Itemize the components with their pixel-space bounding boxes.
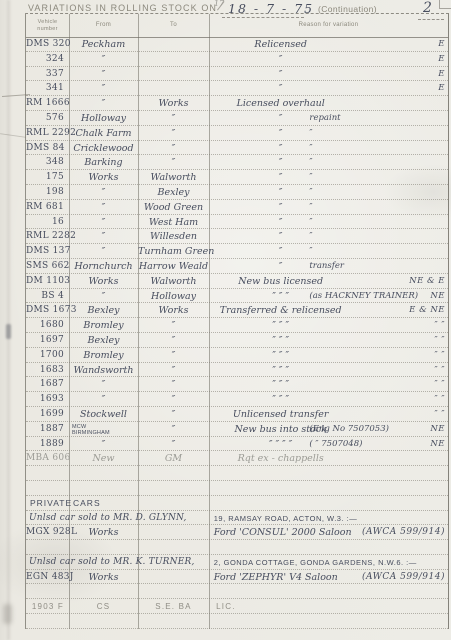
cell-from: Holloway xyxy=(69,111,138,125)
reason-note: ″ xyxy=(309,155,400,169)
table-row: DMS 137″Turnham Green″″ xyxy=(26,244,448,259)
reason-note: ″ xyxy=(309,215,400,229)
table-row: 324″″E xyxy=(26,52,448,67)
reason-code: ″ ″ xyxy=(434,407,445,421)
cell-to: ″ xyxy=(138,111,209,125)
cell-reason: ″″ xyxy=(209,244,448,258)
cell-from: ″ xyxy=(69,200,138,214)
cell-vehicle-number: 1680 xyxy=(26,318,69,332)
cell-to: Wood Green xyxy=(138,200,209,214)
cell-from: ″ xyxy=(69,96,138,110)
cell-reason: Ford 'ZEPHYR' V4 Saloon(AWCA 599/914) xyxy=(209,570,448,584)
table-row: BS 4″Holloway″ ″ ″(as HACKNEY TRAINER)NE xyxy=(26,289,448,304)
cell-reason: ″ ″ ″(as HACKNEY TRAINER)NE xyxy=(209,289,448,303)
cell-vehicle-number: 1903 F xyxy=(26,599,69,613)
reason-note xyxy=(309,496,400,510)
cell-reason: New bus into stock(Eng No 7507053)NE xyxy=(209,422,448,436)
cell-from: ″ xyxy=(69,377,138,391)
cell-reason: RelicensedE xyxy=(209,37,448,51)
cell-reason xyxy=(209,481,448,495)
reason-code: ″ ″ xyxy=(434,377,445,391)
reason-note: (Eng No 7507053) xyxy=(309,422,400,436)
cell-to: ″ xyxy=(138,377,209,391)
cell-to: West Ham xyxy=(138,215,209,229)
table-row: 198″Bexley″″ xyxy=(26,185,448,200)
reason-note: repaint xyxy=(309,111,400,125)
reason-note xyxy=(309,511,400,525)
cell-to: ″ xyxy=(138,422,209,436)
table-row: 1697Bexley″″ ″ ″″ ″ xyxy=(26,333,448,348)
cell-vehicle-number: 337 xyxy=(26,67,69,81)
cell-to: ″ xyxy=(138,333,209,347)
reason-note xyxy=(309,363,400,377)
cell-vehicle-number: RML 2292 xyxy=(26,126,69,140)
cell-to xyxy=(138,466,209,480)
reason-note: ″ xyxy=(309,185,400,199)
reason-note: ″ xyxy=(309,126,400,140)
cell-to: GM xyxy=(138,451,209,465)
cell-vehicle-number: 1887 xyxy=(26,422,69,436)
cell-from: ″ xyxy=(69,52,138,66)
cell-from: ″ xyxy=(69,437,138,451)
cell-to: Holloway xyxy=(138,289,209,303)
table-row: DMS 320PeckhamRelicensedE xyxy=(26,37,448,52)
cell-from xyxy=(69,481,138,495)
cell-from: ″ xyxy=(69,185,138,199)
cell-from: Barking xyxy=(69,155,138,169)
cell-vehicle-number: PRIVATE xyxy=(26,496,69,510)
cell-reason: Licensed overhaul xyxy=(209,96,448,110)
cell-to: ″ xyxy=(138,141,209,155)
cell-vehicle-number: DMS 1673 xyxy=(26,303,69,317)
reason-note: ( ″ 7507048) xyxy=(309,437,400,451)
reason-note: ″ xyxy=(309,170,400,184)
cell-to: ″ xyxy=(138,126,209,140)
reason-note xyxy=(309,67,400,81)
reason-note xyxy=(309,52,400,66)
cell-from: Peckham xyxy=(69,37,138,51)
cell-reason: ″″ xyxy=(209,170,448,184)
cell-reason: ″E xyxy=(209,81,448,95)
column-header-from: From xyxy=(69,14,138,37)
cell-from: Bromley xyxy=(69,348,138,362)
cell-reason: ″ ″ ″″ ″ xyxy=(209,392,448,406)
reason-code: NE xyxy=(430,437,445,451)
cell-reason: ″transfer xyxy=(209,259,448,273)
cell-from xyxy=(69,466,138,480)
reason-note: (as HACKNEY TRAINER) xyxy=(309,289,400,303)
cell-to: Walworth xyxy=(138,170,209,184)
reason-code: NE & E xyxy=(409,274,445,288)
cell-reason: Unlicensed transfer″ ″ xyxy=(209,407,448,421)
cell-reason: ″ ″ ″ ″( ″ 7507048)NE xyxy=(209,437,448,451)
cell-to: Works xyxy=(138,96,209,110)
cell-to: Works xyxy=(138,303,209,317)
cell-vehicle-number: RML 2282 xyxy=(26,229,69,243)
reason-note: ″ xyxy=(309,141,400,155)
table-row xyxy=(26,540,448,555)
table-row: 1687″″″ ″ ″″ ″ xyxy=(26,377,448,392)
table-row: DMS 1673BexleyWorksTransferred & relicen… xyxy=(26,303,448,318)
cell-reason: 19, RAMSAY ROAD, ACTON, W.3. :— xyxy=(209,511,448,525)
cell-vehicle-number: 1889 xyxy=(26,437,69,451)
cell-from: Works xyxy=(69,570,138,584)
reason-note xyxy=(309,466,400,480)
cell-reason: Rqt ex - chappells xyxy=(209,451,448,465)
table-row: DM 1103WorksWalworthNew bus licensedNE &… xyxy=(26,274,448,289)
cell-to xyxy=(138,540,209,554)
cell-spanning-note: Unlsd car sold to MR. D. GLYNN, xyxy=(29,511,215,525)
cell-to: Harrow Weald xyxy=(138,259,209,273)
reason-code: (AWCA 599/914) xyxy=(362,570,445,584)
table-row: RM 1666″WorksLicensed overhaul xyxy=(26,96,448,111)
cell-from: ″ xyxy=(69,392,138,406)
reason-code: ″ ″ xyxy=(434,392,445,406)
cell-reason: ″ ″ ″″ ″ xyxy=(209,363,448,377)
reason-note: ″ xyxy=(309,200,400,214)
cell-from: ″ xyxy=(69,229,138,243)
cell-to xyxy=(138,570,209,584)
reason-note xyxy=(309,599,400,613)
cell-reason: ″″ xyxy=(209,200,448,214)
ink-blot xyxy=(6,324,11,339)
table-row: 1693″″″ ″ ″″ ″ xyxy=(26,392,448,407)
table-row xyxy=(26,584,448,599)
table-row: 1887MCW BIRMINGHAM″New bus into stock(En… xyxy=(26,422,448,437)
cell-vehicle-number: 576 xyxy=(26,111,69,125)
cell-to xyxy=(138,496,209,510)
table-row: MBA 606NewGMRqt ex - chappells xyxy=(26,451,448,466)
table-row: RML 2292Chalk Farm″″″ xyxy=(26,126,448,141)
cell-spanning-note: Unlsd car sold to MR. K. TURNER, xyxy=(29,555,215,569)
cell-from: Wandsworth xyxy=(69,363,138,377)
cell-to xyxy=(138,37,209,51)
cell-vehicle-number xyxy=(26,540,69,554)
reason-code: ″ ″ xyxy=(434,333,445,347)
table-row: 1903 FCSS.E. BALIC. xyxy=(26,599,448,614)
cell-vehicle-number: DMS 320 xyxy=(26,37,69,51)
cell-to xyxy=(138,614,209,628)
table-row: 1683Wandsworth″″ ″ ″″ ″ xyxy=(26,363,448,378)
column-header-vehicle-number: Vehicle number xyxy=(26,14,69,37)
table-row xyxy=(26,614,448,629)
cell-from: Works xyxy=(69,170,138,184)
cell-reason xyxy=(209,466,448,480)
cell-vehicle-number: 1697 xyxy=(26,333,69,347)
cell-reason: ″″ xyxy=(209,141,448,155)
cell-reason: New bus licensedNE & E xyxy=(209,274,448,288)
table-row: 337″″E xyxy=(26,67,448,82)
reason-note xyxy=(309,96,400,110)
cell-to: ″ xyxy=(138,392,209,406)
table-row: 175WorksWalworth″″ xyxy=(26,170,448,185)
reason-note xyxy=(309,37,400,51)
document-title: VARIATIONS IN ROLLING STOCK ON xyxy=(28,3,217,13)
cell-reason xyxy=(209,614,448,628)
cell-from: Cricklewood xyxy=(69,141,138,155)
cell-to xyxy=(138,67,209,81)
cell-reason: ″E xyxy=(209,52,448,66)
cell-vehicle-number: MBA 606 xyxy=(26,451,69,465)
cell-reason: ″ ″ ″″ ″ xyxy=(209,348,448,362)
cell-to: Turnham Green xyxy=(138,244,209,258)
reason-note xyxy=(309,348,400,362)
scan-smudge xyxy=(0,133,26,138)
cell-vehicle-number xyxy=(26,614,69,628)
reason-note: ″ xyxy=(309,229,400,243)
cell-from xyxy=(69,540,138,554)
reason-code: E xyxy=(438,81,445,95)
cell-vehicle-number: 175 xyxy=(26,170,69,184)
cell-vehicle-number: RM 1666 xyxy=(26,96,69,110)
cell-vehicle-number xyxy=(26,481,69,495)
cell-reason: ″″ xyxy=(209,229,448,243)
reason-code: E xyxy=(438,67,445,81)
reason-note xyxy=(309,303,400,317)
cell-to: ″ xyxy=(138,318,209,332)
cell-vehicle-number: 341 xyxy=(26,81,69,95)
cell-from: Stockwell xyxy=(69,407,138,421)
cell-from: Chalk Farm xyxy=(69,126,138,140)
reason-note xyxy=(309,481,400,495)
cell-reason: ″″ xyxy=(209,126,448,140)
table-row: 341″″E xyxy=(26,81,448,96)
reason-code: E xyxy=(438,52,445,66)
cell-vehicle-number: 1700 xyxy=(26,348,69,362)
cell-to: ″ xyxy=(138,437,209,451)
cell-to: ″ xyxy=(138,155,209,169)
table-row: DMS 84Cricklewood″″″ xyxy=(26,141,448,156)
column-header-reason: Reason for variation xyxy=(209,14,448,37)
cell-vehicle-number xyxy=(26,466,69,480)
cell-to: ″ xyxy=(138,407,209,421)
reason-note xyxy=(309,377,400,391)
cell-from: ″ xyxy=(69,244,138,258)
reason-note: ″ xyxy=(309,244,400,258)
cell-vehicle-number: 198 xyxy=(26,185,69,199)
cell-vehicle-number: RM 681 xyxy=(26,200,69,214)
column-header-to: To xyxy=(138,14,209,37)
cell-reason: LIC. xyxy=(209,599,448,613)
cell-reason: ″repaint xyxy=(209,111,448,125)
cell-to xyxy=(138,525,209,539)
cell-vehicle-number: DM 1103 xyxy=(26,274,69,288)
reason-code: E & NE xyxy=(409,303,445,317)
cell-reason: ″ ″ ″″ ″ xyxy=(209,377,448,391)
cell-vehicle-number: 348 xyxy=(26,155,69,169)
cell-to xyxy=(138,584,209,598)
cell-vehicle-number: 16 xyxy=(26,215,69,229)
reason-code: ″ ″ xyxy=(434,318,445,332)
cell-vehicle-number: DMS 137 xyxy=(26,244,69,258)
reason-note xyxy=(309,333,400,347)
cell-reason: ″ ″ ″″ ″ xyxy=(209,318,448,332)
reason-code: E xyxy=(438,37,445,51)
table-row: 16″West Ham″″ xyxy=(26,215,448,230)
reason-note xyxy=(309,407,400,421)
table-row: 1680Bromley″″ ″ ″″ ″ xyxy=(26,318,448,333)
cell-to: Willesden xyxy=(138,229,209,243)
reason-code: ″ ″ xyxy=(434,348,445,362)
cell-to: Walworth xyxy=(138,274,209,288)
table-row xyxy=(26,466,448,481)
table-row: 1700Bromley″″ ″ ″″ ″ xyxy=(26,348,448,363)
table-row: RML 2282″Willesden″″ xyxy=(26,229,448,244)
cell-reason: Transferred & relicensedE & NE xyxy=(209,303,448,317)
cell-vehicle-number: 1687 xyxy=(26,377,69,391)
reason-note xyxy=(309,318,400,332)
reason-note xyxy=(309,81,400,95)
cell-reason: ″E xyxy=(209,67,448,81)
cell-to: ″ xyxy=(138,363,209,377)
reason-note xyxy=(309,540,400,554)
table-row: 348Barking″″″ xyxy=(26,155,448,170)
reason-note xyxy=(309,614,400,628)
table-row: 576Holloway″″repaint xyxy=(26,111,448,126)
cell-from: Works xyxy=(69,274,138,288)
cell-from: New xyxy=(69,451,138,465)
reason-note xyxy=(309,451,400,465)
cell-reason xyxy=(209,540,448,554)
cell-from: Hornchurch xyxy=(69,259,138,273)
cell-vehicle-number: 324 xyxy=(26,52,69,66)
table-row: SMS 662HornchurchHarrow Weald″transfer xyxy=(26,259,448,274)
cell-from: ″ xyxy=(69,215,138,229)
scan-streak xyxy=(7,0,10,640)
cell-vehicle-number: 1699 xyxy=(26,407,69,421)
cell-vehicle-number: 1683 xyxy=(26,363,69,377)
cell-from: Bexley xyxy=(69,303,138,317)
table-row: PRIVATECARS xyxy=(26,496,448,511)
table-row xyxy=(26,481,448,496)
reason-note xyxy=(309,392,400,406)
cell-from: CARS xyxy=(69,496,138,510)
cell-vehicle-number: MGX 928L xyxy=(26,525,69,539)
table-header-row: Vehicle number From To Reason for variat… xyxy=(26,14,448,38)
reason-code: NE xyxy=(430,422,445,436)
cell-vehicle-number: 1693 xyxy=(26,392,69,406)
cell-from: CS xyxy=(69,599,138,613)
cell-vehicle-number: EGN 483J xyxy=(26,570,69,584)
cell-to: S.E. BA xyxy=(138,599,209,613)
cell-from: MCW BIRMINGHAM xyxy=(69,422,115,436)
cell-reason: ″″ xyxy=(209,185,448,199)
cell-from: ″ xyxy=(69,289,138,303)
cell-to xyxy=(138,52,209,66)
scanned-document-page: VARIATIONS IN ROLLING STOCK ON 17 18 - 7… xyxy=(0,0,451,640)
table-row: 1699Stockwell″Unlicensed transfer″ ″ xyxy=(26,407,448,422)
cell-from: Works xyxy=(69,525,138,539)
cell-reason: ″″ xyxy=(209,155,448,169)
table-row: Unlsd car sold to MR. K. TURNER,2, GONDA… xyxy=(26,555,448,570)
cell-from: Bromley xyxy=(69,318,138,332)
cell-from: Bexley xyxy=(69,333,138,347)
cell-reason xyxy=(209,496,448,510)
corner-crop-mark xyxy=(439,0,451,9)
table-row: 1889″″″ ″ ″ ″( ″ 7507048)NE xyxy=(26,437,448,452)
reason-note xyxy=(309,274,400,288)
reason-note xyxy=(309,555,400,569)
cell-reason xyxy=(209,584,448,598)
cell-to: ″ xyxy=(138,348,209,362)
cell-to: Bexley xyxy=(138,185,209,199)
cell-reason: 2, GONDA COTTAGE, GONDA GARDENS, N.W.6. … xyxy=(209,555,448,569)
table-row: MGX 928LWorksFord 'CONSUL' 2000 Saloon(A… xyxy=(26,525,448,540)
table-row: EGN 483JWorksFord 'ZEPHYR' V4 Saloon(AWC… xyxy=(26,570,448,585)
reason-code: NE xyxy=(430,289,445,303)
cell-from: ″ xyxy=(69,67,138,81)
cell-vehicle-number: SMS 662 xyxy=(26,259,69,273)
table-row: RM 681″Wood Green″″ xyxy=(26,200,448,215)
cell-from xyxy=(69,614,138,628)
cell-from xyxy=(69,584,138,598)
scan-smudge xyxy=(3,604,12,624)
reason-code: (AWCA 599/914) xyxy=(362,525,445,539)
table-rows: DMS 320PeckhamRelicensedE324″″E337″″E341… xyxy=(26,37,448,629)
cell-vehicle-number xyxy=(26,584,69,598)
reason-note: transfer xyxy=(309,259,400,273)
reason-note xyxy=(309,584,400,598)
reason-code: ″ ″ xyxy=(434,363,445,377)
table-row: Unlsd car sold to MR. D. GLYNN,19, RAMSA… xyxy=(26,511,448,526)
cell-from: ″ xyxy=(69,81,138,95)
cell-reason: ″″ xyxy=(209,215,448,229)
cell-vehicle-number: BS 4 xyxy=(26,289,69,303)
cell-reason: ″ ″ ″″ ″ xyxy=(209,333,448,347)
cell-to xyxy=(138,481,209,495)
rolling-stock-table: Vehicle number From To Reason for variat… xyxy=(25,13,449,629)
cell-to xyxy=(138,81,209,95)
cell-vehicle-number: DMS 84 xyxy=(26,141,69,155)
cell-reason: Ford 'CONSUL' 2000 Saloon(AWCA 599/914) xyxy=(209,525,448,539)
